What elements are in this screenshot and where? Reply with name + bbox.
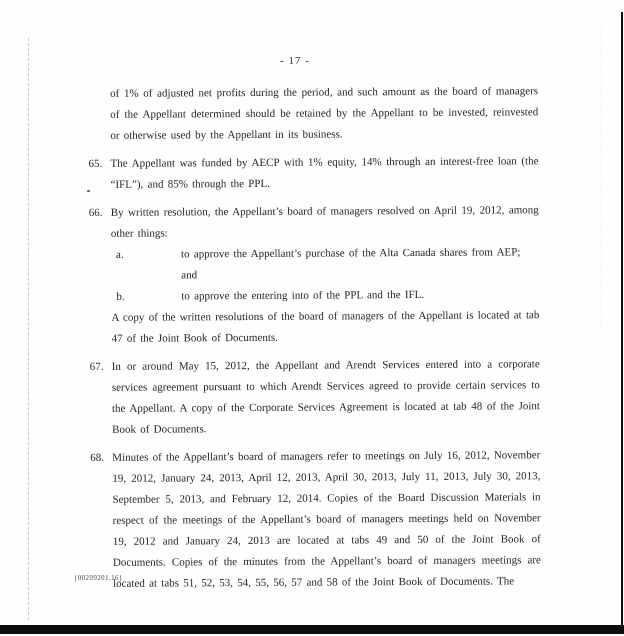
paragraph-lead-text: By written resolution, the Appellant’s b…: [111, 200, 539, 245]
paragraph-number: 65.: [88, 154, 110, 196]
paragraph-65: 65. The Appellant was funded by AECP wit…: [88, 151, 538, 196]
scan-edge-band-bottom: [0, 625, 624, 634]
subitem-b: b. to approve the entering into of the P…: [111, 284, 539, 308]
page-number: - 17 -: [0, 55, 590, 67]
paragraph-text: The Appellant was funded by AECP with 1%…: [110, 151, 538, 196]
paragraph-number: 67.: [90, 357, 113, 441]
paragraph-continuation: of 1% of adjusted net profits during the…: [88, 81, 538, 147]
document-page: - 17 - of 1% of adjusted net profits dur…: [0, 0, 624, 636]
footer-doc-code: {00209201.16}: [74, 574, 123, 582]
paragraph-number: [88, 84, 110, 147]
subitem-text: to approve the Appellant’s purchase of t…: [181, 242, 539, 286]
paragraph-text: of 1% of adjusted net profits during the…: [110, 81, 538, 147]
document-body: of 1% of adjusted net profits during the…: [88, 81, 541, 602]
paragraph-closing-text: A copy of the written resolutions of the…: [111, 305, 539, 350]
paragraph-text: Minutes of the Appellant’s board of mana…: [112, 445, 541, 595]
paragraph-67: 67. In or around May 15, 2012, the Appel…: [90, 354, 541, 441]
subitem-text: to approve the entering into of the PPL …: [181, 284, 539, 307]
subitem-a: a. to approve the Appellant’s purchase o…: [111, 242, 539, 287]
paragraph-text: In or around May 15, 2012, the Appellant…: [112, 354, 541, 441]
paragraph-68: 68. Minutes of the Appellant’s board of …: [90, 445, 541, 595]
subitem-label: a.: [116, 244, 181, 286]
paragraph-number: 68.: [90, 448, 113, 595]
subitem-label: b.: [116, 286, 181, 307]
scan-fold-line-left: [28, 38, 29, 620]
paragraph-66: 66. By written resolution, the Appellant…: [89, 200, 540, 350]
scan-edge-line-right: [621, 12, 623, 634]
paragraph-text: By written resolution, the Appellant’s b…: [111, 200, 540, 350]
paragraph-number: 66.: [89, 203, 112, 350]
scan-fold-line-right: [601, 28, 602, 328]
